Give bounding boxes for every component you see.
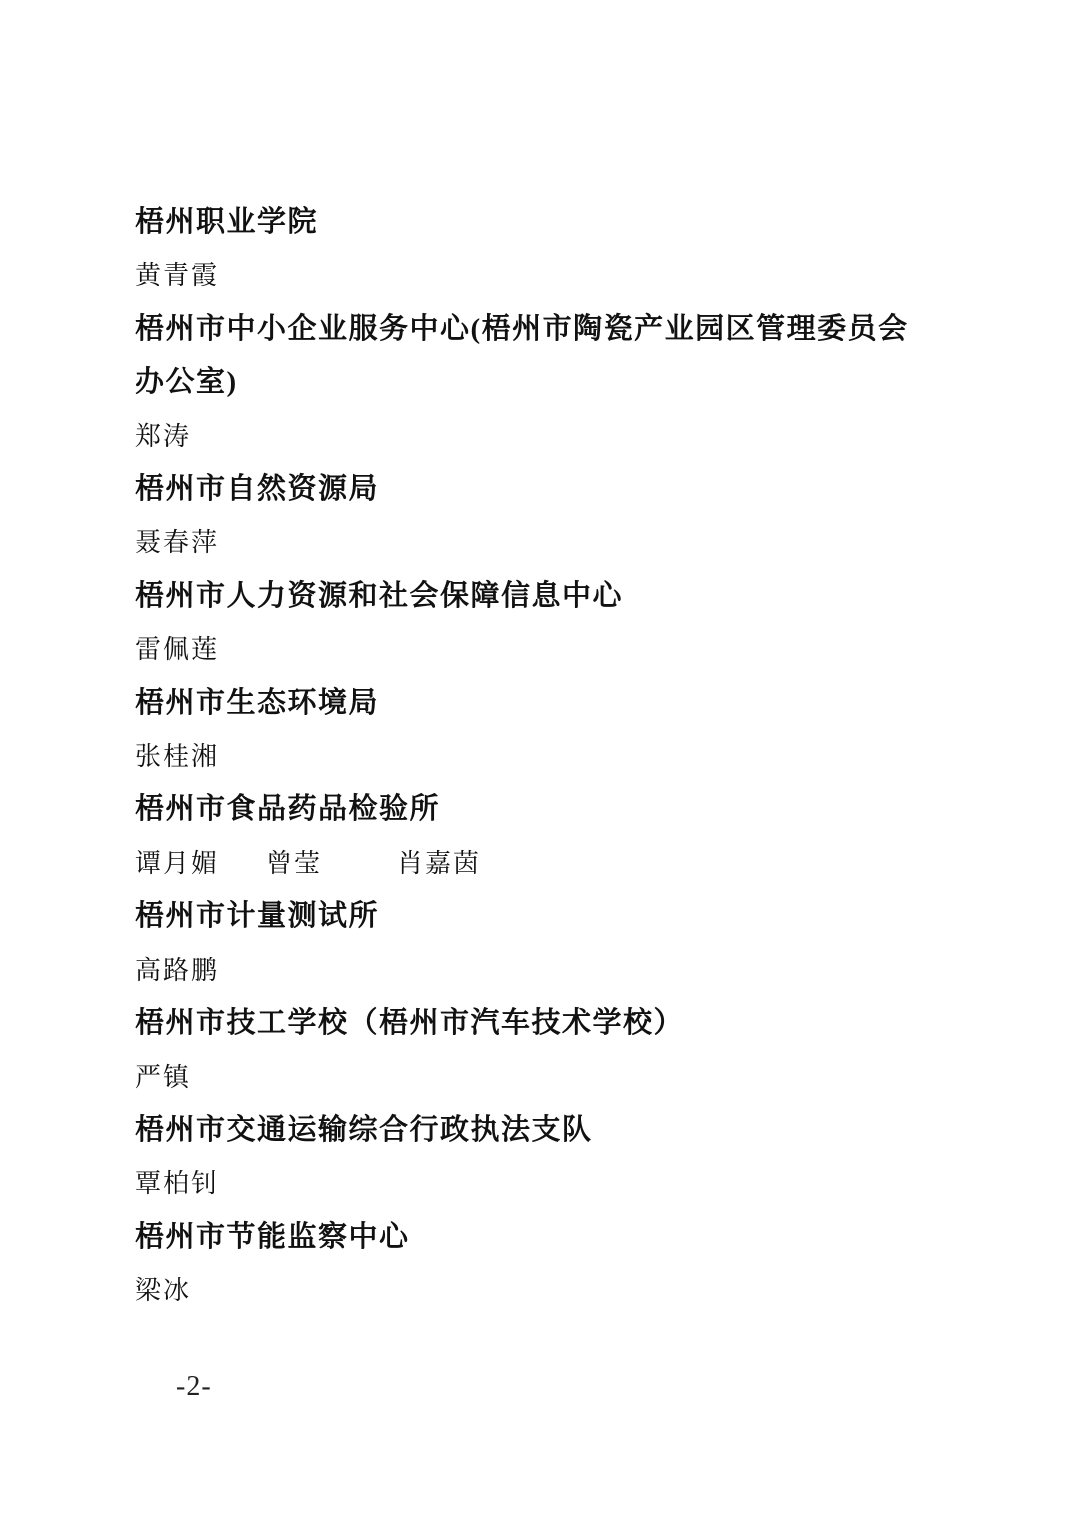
org-name: 梧州市交通运输综合行政执法支队 [135,1104,925,1157]
document-body: 梧州职业学院黄青霞梧州市中小企业服务中心(梧州市陶瓷产业园区管理委员会办公室)郑… [135,196,925,1318]
org-name: 梧州市节能监察中心 [135,1211,925,1264]
awardee-name: 肖嘉茵 [397,837,528,890]
awardee-name: 张桂湘 [135,730,266,783]
awardee-name: 覃柏钊 [135,1157,266,1210]
org-name: 梧州市食品药品检验所 [135,783,925,836]
org-name: 梧州市中小企业服务中心(梧州市陶瓷产业园区管理委员会办公室) [135,303,925,410]
awardee-names: 严镇 [135,1051,925,1104]
awardee-name: 郑涛 [135,410,266,463]
awardee-name: 曾莹 [266,837,397,890]
awardee-names: 梁冰 [135,1264,925,1317]
awardee-names: 张桂湘 [135,730,925,783]
awardee-name: 黄青霞 [135,249,266,302]
awardee-names: 雷佩莲 [135,623,925,676]
awardee-name: 雷佩莲 [135,623,266,676]
awardee-name: 聂春萍 [135,516,266,569]
org-name: 梧州市生态环境局 [135,677,925,730]
org-name: 梧州职业学院 [135,196,925,249]
awardee-names: 黄青霞 [135,249,925,302]
org-name: 梧州市技工学校（梧州市汽车技术学校） [135,997,925,1050]
awardee-name: 严镇 [135,1051,266,1104]
awardee-names: 谭月媚曾莹肖嘉茵 [135,837,925,890]
org-name: 梧州市计量测试所 [135,890,925,943]
document-page: 梧州职业学院黄青霞梧州市中小企业服务中心(梧州市陶瓷产业园区管理委员会办公室)郑… [0,0,1074,1520]
org-name: 梧州市人力资源和社会保障信息中心 [135,570,925,623]
awardee-name: 梁冰 [135,1264,266,1317]
org-name: 梧州市自然资源局 [135,463,925,516]
awardee-names: 聂春萍 [135,516,925,569]
awardee-names: 覃柏钊 [135,1157,925,1210]
page-number: -2- [176,1371,212,1403]
awardee-name: 高路鹏 [135,944,266,997]
awardee-names: 高路鹏 [135,944,925,997]
awardee-names: 郑涛 [135,410,925,463]
awardee-name: 谭月媚 [135,837,266,890]
